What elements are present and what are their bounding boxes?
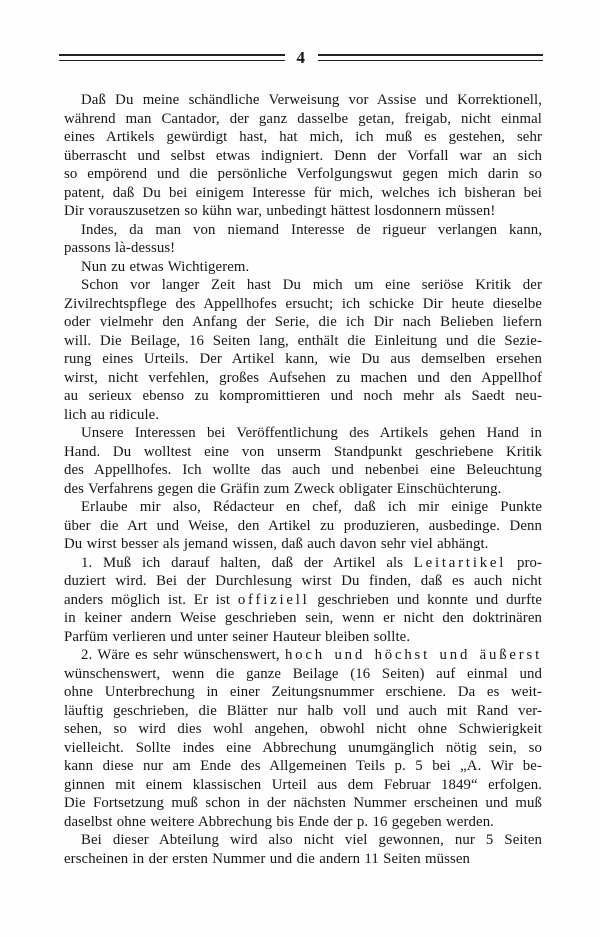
paragraph: 1. Muß ich darauf halten, daß der Artike… (64, 554, 542, 647)
text-line: rung eines Urteils. Der Artikel kann, wi… (64, 350, 542, 369)
text-line: duziert wird. Bei der Durchlesung wirst … (64, 572, 542, 591)
text-line: will. Die Beilage, 16 Seiten lang, enthä… (64, 332, 542, 351)
text-line: kann diese nur am Ende des Allgemeinen T… (64, 757, 542, 776)
text-line: anders möglich ist. Er ist offiziell ges… (64, 591, 542, 610)
text-line: sehen, so wird dies wohl angehen, obwohl… (64, 720, 542, 739)
text-line: Die Fortsetzung muß schon in der nächste… (64, 794, 542, 813)
paragraph: Bei dieser Abteilung wird also nicht vie… (64, 831, 542, 868)
paragraph: Schon vor langer Zeit hast Du mich um ei… (64, 276, 542, 424)
letterspaced-text: offiziell (238, 592, 310, 608)
headline-rule-left (59, 54, 285, 61)
text-line: vielleicht. Sollte indes eine Abbrechung… (64, 739, 542, 758)
paragraph: Daß Du meine schändliche Verweisung vor … (64, 91, 542, 221)
text-line: Nun zu etwas Wichtigerem. (64, 258, 542, 277)
book-page-scan: 4 Daß Du meine schändliche Verweisung vo… (0, 0, 600, 937)
paragraph: 2. Wäre es sehr wünschenswert, hoch und … (64, 646, 542, 831)
text-line: Unsere Interessen bei Veröffentlichung d… (64, 424, 542, 443)
text-line: während man Cantador, der ganz dasselbe … (64, 110, 542, 129)
text-line: wirst, nicht verfehlen, großes Aufsehen … (64, 369, 542, 388)
letterspaced-text: Leitartikel (414, 555, 506, 571)
text-line: daselbst ohne weitere Abbrechung bis End… (64, 813, 542, 832)
text-line: Dir vorauszusetzen so kühn war, unbeding… (64, 202, 542, 221)
letterspaced-text: hoch und höchst und äußerst (285, 647, 542, 663)
page-body: Daß Du meine schändliche Verweisung vor … (64, 91, 542, 868)
text-line: läuftig geschrieben, die Blätter nur hal… (64, 702, 542, 721)
text-line: eines Artikels gewürdigt hast, hat mich,… (64, 128, 542, 147)
text-line: Hand. Du wolltest eine von unserm Standp… (64, 443, 542, 462)
text-line: so empörend und die persönliche Verfolgu… (64, 165, 542, 184)
text-line: lich au ridicule. (64, 406, 542, 425)
text-line: überrascht und selbst etwas indigniert. … (64, 147, 542, 166)
text-line: 1. Muß ich darauf halten, daß der Artike… (64, 554, 542, 573)
text-line: Zivilrechtspflege des Appellhofes ersuch… (64, 295, 542, 314)
headline-rule-right (318, 54, 544, 61)
page-number: 4 (296, 49, 307, 66)
text-line: wünschenswert, wenn die ganze Beilage (1… (64, 665, 542, 684)
text-line: des Verfahrens gegen die Gräfin zum Zwec… (64, 480, 542, 499)
text-line: ginnen mit einem klassischen Urteil aus … (64, 776, 542, 795)
paragraph: Indes, da man von niemand Interesse de r… (64, 221, 542, 258)
text-line: in keiner andern Weise geschrieben sein,… (64, 609, 542, 628)
text-line: ohne Unterbrechung in einer Zeitungsnumm… (64, 683, 542, 702)
text-line: über die Art und Weise, den Artikel zu p… (64, 517, 542, 536)
running-head: 4 (59, 49, 543, 66)
text-line: passons là-dessus! (64, 239, 542, 258)
text-line: 2. Wäre es sehr wünschenswert, hoch und … (64, 646, 542, 665)
text-line: Daß Du meine schändliche Verweisung vor … (64, 91, 542, 110)
text-line: Parfüm verlieren und unter seiner Hauteu… (64, 628, 542, 647)
text-line: patent, daß Du bei einigem Interesse für… (64, 184, 542, 203)
text-line: oder vielmehr den Anfang der Serie, die … (64, 313, 542, 332)
text-line: au serieux ebenso zu kompromittieren und… (64, 387, 542, 406)
text-line: Bei dieser Abteilung wird also nicht vie… (64, 831, 542, 850)
text-line: des Appellhofes. Ich wollte das auch und… (64, 461, 542, 480)
text-line: Du wirst besser als jemand wissen, daß a… (64, 535, 542, 554)
text-line: erscheinen in der ersten Nummer und die … (64, 850, 542, 869)
paragraph: Erlaube mir also, Rédacteur en chef, daß… (64, 498, 542, 554)
text-line: Schon vor langer Zeit hast Du mich um ei… (64, 276, 542, 295)
paragraph: Nun zu etwas Wichtigerem. (64, 258, 542, 277)
text-line: Indes, da man von niemand Interesse de r… (64, 221, 542, 240)
text-line: Erlaube mir also, Rédacteur en chef, daß… (64, 498, 542, 517)
paragraph: Unsere Interessen bei Veröffentlichung d… (64, 424, 542, 498)
